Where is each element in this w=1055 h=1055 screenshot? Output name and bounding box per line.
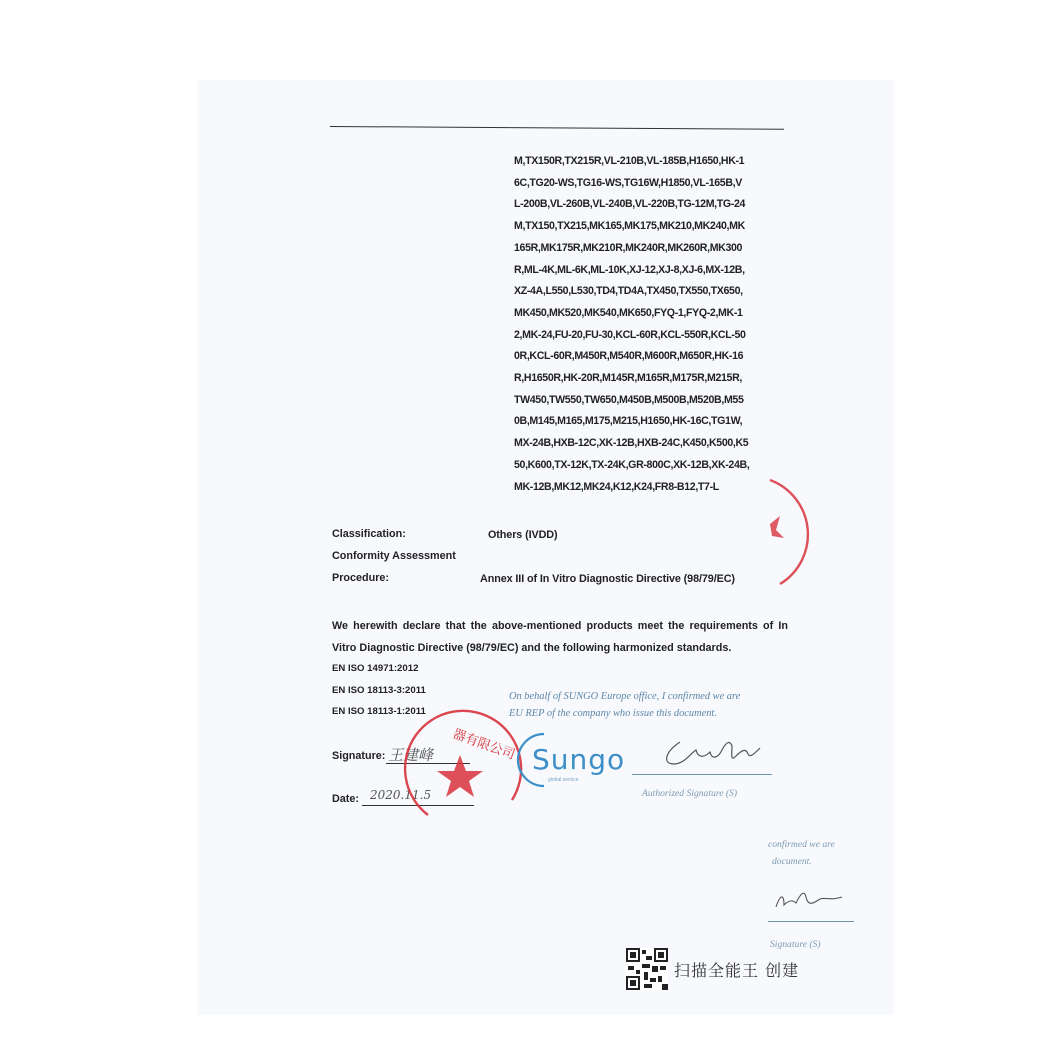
- ghost-signature-line: [768, 921, 854, 922]
- qr-code-icon: [626, 948, 668, 990]
- model-list-line: 0R,KCL-60R,M450R,M540R,M600R,M650R,HK-16: [514, 346, 794, 368]
- model-list-line: L-200B,VL-260B,VL-240B,VL-220B,TG-12M,TG…: [514, 194, 794, 216]
- authorized-signature-line: [632, 774, 772, 775]
- model-list-line: 165R,MK175R,MK210R,MK240R,MK260R,MK300: [514, 238, 794, 260]
- standard-item: EN ISO 14971:2012: [332, 663, 418, 674]
- sungo-logo-subtext: global service: [548, 777, 579, 783]
- model-list-line: 0B,M145,M165,M175,M215,H1650,HK-16C,TG1W…: [514, 411, 794, 433]
- company-seal-stamp: 器有限公司: [400, 705, 530, 835]
- model-list-line: R,ML-4K,ML-6K,ML-10K,XJ-12,XJ-8,XJ-6,MX-…: [514, 260, 794, 282]
- classification-label: Classification:: [332, 528, 406, 540]
- declaration-line-1: We herewith declare that the above-menti…: [332, 615, 788, 637]
- eu-rep-line-2: EU REP of the company who issue this doc…: [509, 705, 789, 722]
- signature-label: Signature:: [332, 750, 385, 762]
- model-list: M,TX150R,TX215R,VL-210B,VL-185B,H1650,HK…: [514, 151, 794, 498]
- ghost-text-line-1: confirmed we are: [768, 836, 835, 853]
- conformity-label: Conformity Assessment: [332, 550, 456, 562]
- model-list-line: 6C,TG20-WS,TG16-WS,TG16W,H1850,VL-165B,V: [514, 173, 794, 195]
- ghost-text-line-2: document.: [772, 853, 812, 870]
- sungo-logo: Sungo: [532, 743, 625, 776]
- eu-rep-line-1: On behalf of SUNGO Europe office, I conf…: [509, 688, 789, 705]
- classification-value: Others (IVDD): [488, 529, 558, 541]
- model-list-line: 2,MK-24,FU-20,FU-30,KCL-60R,KCL-550R,KCL…: [514, 325, 794, 347]
- partial-seal-stamp: [740, 472, 820, 592]
- model-list-line: M,TX150R,TX215R,VL-210B,VL-185B,H1650,HK…: [514, 151, 794, 173]
- declaration-line-2: Vitro Diagnostic Directive (98/79/EC) an…: [332, 637, 788, 659]
- authorized-signature-label: Authorized Signature (S): [642, 788, 737, 799]
- date-label: Date:: [332, 793, 359, 805]
- procedure-value: Annex III of In Vitro Diagnostic Directi…: [480, 573, 735, 585]
- authorized-signature-scribble: [660, 732, 770, 772]
- ghost-signature-scribble: [770, 885, 850, 915]
- model-list-line: TW450,TW550,TW650,M450B,M500B,M520B,M55: [514, 390, 794, 412]
- model-list-line: R,H1650R,HK-20R,M145R,M165R,M175R,M215R,: [514, 368, 794, 390]
- model-list-line: MK450,MK520,MK540,MK650,FYQ-1,FYQ-2,MK-1: [514, 303, 794, 325]
- model-list-line: M,TX150,TX215,MK165,MK175,MK210,MK240,MK: [514, 216, 794, 238]
- scanner-watermark: 扫描全能王 创建: [626, 948, 799, 990]
- model-list-line: XZ-4A,L550,L530,TD4,TD4A,TX450,TX550,TX6…: [514, 281, 794, 303]
- standard-item: EN ISO 18113-3:2011: [332, 685, 426, 696]
- scanner-watermark-text: 扫描全能王 创建: [674, 958, 799, 981]
- model-list-line: MX-24B,HXB-12C,XK-12B,HXB-24C,K450,K500,…: [514, 433, 794, 455]
- declaration-paragraph: We herewith declare that the above-menti…: [332, 615, 788, 659]
- procedure-label: Procedure:: [332, 572, 389, 584]
- eu-rep-statement: On behalf of SUNGO Europe office, I conf…: [509, 688, 789, 722]
